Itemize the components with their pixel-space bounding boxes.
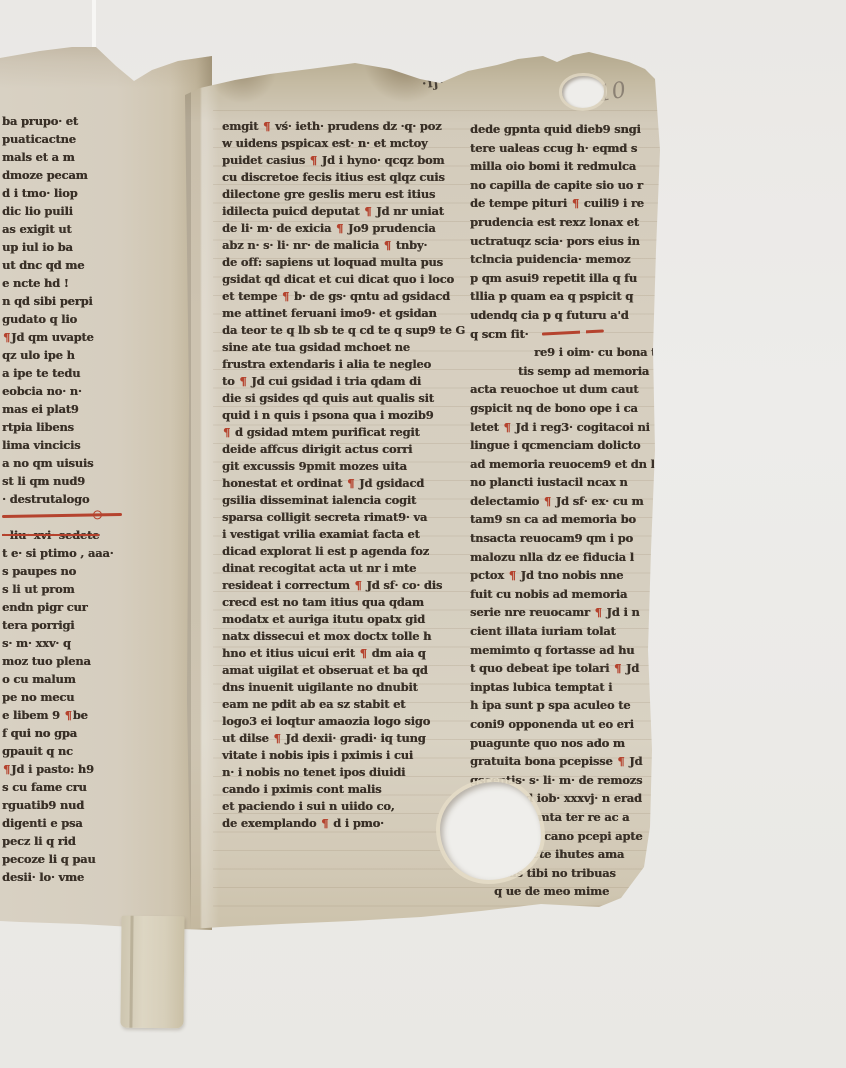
paraph-mark: ¶ (222, 425, 231, 439)
manuscript-line: tam9 sn ca ad memoria bo (470, 510, 670, 529)
manuscript-line: as exigit ut (2, 220, 180, 238)
manuscript-line: abz n· s· li· nr· de malicia ¶ tnby· (222, 237, 474, 254)
binding-strap (120, 916, 184, 1029)
strap-crease (129, 916, 133, 1028)
backdrop-seam (92, 0, 96, 52)
paraph-mark: ¶ (320, 816, 329, 830)
manuscript-line: tis semp ad memoria (470, 362, 670, 381)
manuscript-line: dns inuenit uigilante no dnubit (222, 679, 474, 696)
manuscript-line: i vestigat vrilia examiat facta et (222, 526, 474, 543)
manuscript-line: gratuita bona pcepisse ¶ Jd (470, 752, 670, 771)
manuscript-line: tnsacta reuocam9 qm i po (470, 529, 670, 548)
manuscript-line: frustra extendaris i alia te negleo (222, 356, 474, 373)
manuscript-line: t quo debeat ipe tolari ¶ Jd (470, 659, 670, 678)
manuscript-line: f qui no gpa (2, 724, 180, 742)
manuscript-line: h ipa sunt p spa aculeo te (470, 696, 670, 715)
manuscript-line: a ipe te tedu (2, 364, 180, 382)
manuscript-line: crecd est no tam itius qua qdam (222, 594, 474, 611)
manuscript-line: no plancti iustacil ncax n (470, 473, 670, 492)
paraph-mark: ¶ (272, 731, 281, 745)
manuscript-line: de off: sapiens ut loquad multa pus (222, 254, 474, 271)
manuscript-line: gspicit nq de bono ope i ca (470, 399, 670, 418)
paraph-mark: ¶ (613, 661, 622, 675)
paraph-mark: ¶ (383, 238, 392, 252)
paraph-mark: ¶ (335, 221, 344, 235)
manuscript-line: d i tmo· liop (2, 184, 180, 202)
manuscript-line: no capilla de capite sio uo r (470, 176, 670, 195)
paraph-mark: ¶ (571, 196, 580, 210)
manuscript-line: dmoze pecam (2, 166, 180, 184)
manuscript-line: tclncia puidencia· memoz (470, 250, 670, 269)
manuscript-line: n qd sibi perpi (2, 292, 180, 310)
parchment-hole-bottom (440, 782, 541, 880)
manuscript-line: hno et itius uicui erit ¶ dm aia q (222, 645, 474, 662)
manuscript-line: quid i n quis i psona qua i mozib9 (222, 407, 474, 424)
manuscript-line: dicad explorat li est p agenda foz (222, 543, 474, 560)
manuscript-line: amat uigilat et obseruat et ba qd (222, 662, 474, 679)
manuscript-line: eam ne pdit ab ea sz stabit et (222, 696, 474, 713)
paraph-mark: ¶ (543, 494, 552, 508)
quire-mark: ·ij· (421, 75, 445, 92)
manuscript-line: re9 i oim· cu bona tra (470, 343, 670, 362)
manuscript-line: mals et a m (2, 148, 180, 166)
manuscript-line: ¶Jd i pasto: h9 (2, 760, 180, 778)
manuscript-line: me attinet feruani imo9· et gsidan (222, 305, 474, 322)
left-page-fragment: ba prupo· etpuaticactnemals et a mdmoze … (0, 40, 212, 932)
manuscript-line: pecz li q rid (2, 832, 180, 850)
manuscript-line: fuit cu nobis ad memoria (470, 585, 670, 604)
paraph-mark: ¶ (309, 153, 318, 167)
manuscript-line: rtpia libens (2, 418, 180, 436)
manuscript-line: dinat recogitat acta ut nr i mte (222, 560, 474, 577)
manuscript-line: s li ut prom (2, 580, 180, 598)
manuscript-line: die si gsides qd quis aut qualis sit (222, 390, 474, 407)
manuscript-line: gudato q lio (2, 310, 180, 328)
manuscript-line: desii· lo· vme (2, 868, 180, 886)
manuscript-line: prudencia est rexz lonax et (470, 213, 670, 232)
text-column-left: ba prupo· etpuaticactnemals et a mdmoze … (2, 112, 180, 886)
manuscript-line: malozu nlla dz ee fiducia l (470, 548, 670, 567)
manuscript-line: acta reuochoe ut dum caut (470, 380, 670, 399)
manuscript-line: lima vincicis (2, 436, 180, 454)
paraph-mark: ¶ (64, 708, 73, 722)
manuscript-line: inptas lubica temptat i (470, 678, 670, 697)
main-leaf: ·ij· 10 emgit ¶ vś· ieth· prudens dz ·q·… (185, 52, 665, 932)
text-column-middle: emgit ¶ vś· ieth· prudens dz ·q· pozw ui… (222, 118, 474, 832)
paraph-mark: ¶ (353, 578, 362, 592)
rubric-squiggle (2, 513, 122, 518)
manuscript-line: idilecta puicd deputat ¶ Jd nr uniat (222, 203, 474, 220)
manuscript-line: st li qm nud9 (2, 472, 180, 490)
manuscript-photograph: ba prupo· etpuaticactnemals et a mdmoze … (0, 0, 846, 1068)
manuscript-line: udendq cia p q futuru a'd (470, 306, 670, 325)
manuscript-line: ad memoria reuocem9 et dn l (470, 455, 670, 474)
manuscript-line: gsilia disseminat ialencia cogit (222, 492, 474, 509)
manuscript-line: emgit ¶ vś· ieth· prudens dz ·q· poz (222, 118, 474, 135)
manuscript-line: git excussis 9pmit mozes uita (222, 458, 474, 475)
manuscript-line: lingue i qcmenciam dolicto (470, 436, 670, 455)
manuscript-line: gpauit q nc (2, 742, 180, 760)
manuscript-line: tere ualeas ccug h· eqmd s (470, 139, 670, 158)
manuscript-line: milla oio bomi it redmulca (470, 157, 670, 176)
manuscript-line: ut dilse ¶ Jd dexii· gradi· iq tung (222, 730, 474, 747)
paraph-mark: ¶ (262, 119, 271, 133)
manuscript-line (2, 508, 180, 526)
manuscript-line: n· i nobis no tenet ipos diuidi (222, 764, 474, 781)
manuscript-line: cient illata iuriam tolat (470, 622, 670, 641)
manuscript-line: pecoze li q pau (2, 850, 180, 868)
manuscript-line: cando i pximis cont malis (222, 781, 474, 798)
manuscript-line: ba prupo· et (2, 112, 180, 130)
manuscript-line: da teor te q lb sb te q cd te q sup9 te … (222, 322, 474, 339)
manuscript-line: pe no mecu (2, 688, 180, 706)
manuscript-line: · liu· xvi· sedete (2, 526, 180, 544)
manuscript-line: logo3 ei loqtur amaozia logo sigo (222, 713, 474, 730)
manuscript-line: s paupes no (2, 562, 180, 580)
manuscript-line: qz ulo ipe h (2, 346, 180, 364)
manuscript-line: memimto q fortasse ad hu (470, 641, 670, 660)
manuscript-line: coni9 opponenda ut eo eri (470, 715, 670, 734)
manuscript-line: · destrutalogo (2, 490, 180, 508)
manuscript-line: ut dnc qd me (2, 256, 180, 274)
manuscript-line: rguatib9 nud (2, 796, 180, 814)
manuscript-line: puagunte quo nos ado m (470, 734, 670, 753)
paraph-mark: ¶ (2, 330, 11, 344)
paraph-mark: ¶ (281, 289, 290, 303)
manuscript-line: delectamio ¶ Jd sf· ex· cu m (470, 492, 670, 511)
manuscript-line: pctox ¶ Jd tno nobis nne (470, 566, 670, 585)
manuscript-line: e ncte hd ! (2, 274, 180, 292)
manuscript-line: puidet casius ¶ Jd i hyno· qcqz bom (222, 152, 474, 169)
manuscript-line: et paciendo i sui n uiido co, (222, 798, 474, 815)
manuscript-line: moz tuo plena (2, 652, 180, 670)
manuscript-line: digenti e psa (2, 814, 180, 832)
manuscript-line: mas ei plat9 (2, 400, 180, 418)
manuscript-line: gsidat qd dicat et cui dicat quo i loco (222, 271, 474, 288)
manuscript-line: sparsa colligit secreta rimat9· va (222, 509, 474, 526)
rubric-dash (542, 329, 604, 335)
manuscript-line: tera porrigi (2, 616, 180, 634)
manuscript-line: dic lio puili (2, 202, 180, 220)
manuscript-line: honestat et ordinat ¶ Jd gsidacd (222, 475, 474, 492)
manuscript-line: dede gpnta quid dieb9 sngi (470, 120, 670, 139)
manuscript-line: modatx et auriga itutu opatx gid (222, 611, 474, 628)
paraph-mark: ¶ (359, 646, 368, 660)
manuscript-line: serie nre reuocamr ¶ Jd i n (470, 603, 670, 622)
paraph-mark: ¶ (2, 762, 11, 776)
manuscript-line: ¶Jd qm uvapte (2, 328, 180, 346)
paraph-mark: ¶ (508, 568, 517, 582)
paraph-mark: ¶ (616, 754, 625, 768)
paraph-mark: ¶ (502, 420, 511, 434)
manuscript-line: q scm fit· (470, 325, 670, 344)
manuscript-line: sine ate tua gsidad mchoet ne (222, 339, 474, 356)
manuscript-line: puaticactne (2, 130, 180, 148)
manuscript-line: eobcia no· n· (2, 382, 180, 400)
manuscript-line: e libem 9 ¶be (2, 706, 180, 724)
paraph-mark: ¶ (594, 605, 603, 619)
paraph-mark: ¶ (238, 374, 247, 388)
manuscript-line: p qm asui9 repetit illa q fu (470, 269, 670, 288)
manuscript-line: uctratuqz scia· pors eius in (470, 232, 670, 251)
parchment-hole-top (562, 76, 604, 108)
manuscript-line: letet ¶ Jd i reg3· cogitacoi ni (470, 418, 670, 437)
manuscript-line: ¶ d gsidad mtem purificat regit (222, 424, 474, 441)
paraph-mark: ¶ (363, 204, 372, 218)
manuscript-line: de tempe pituri ¶ cuili9 i re (470, 194, 670, 213)
manuscript-line: tllia p quam ea q pspicit q (470, 287, 670, 306)
manuscript-line: o cu malum (2, 670, 180, 688)
manuscript-line: a no qm uisuis (2, 454, 180, 472)
manuscript-line: de li· m· de exicia ¶ Jo9 prudencia (222, 220, 474, 237)
manuscript-line: cu discretoe fecis itius est qlqz cuis (222, 169, 474, 186)
paraph-mark: ¶ (346, 476, 355, 490)
manuscript-line: resideat i correctum ¶ Jd sf· co· dis (222, 577, 474, 594)
manuscript-line: vitate i nobis ipis i pximis i cui (222, 747, 474, 764)
manuscript-line: q ue de meo mime (470, 882, 670, 901)
manuscript-line: de exemplando ¶ d i pmo· (222, 815, 474, 832)
manuscript-line: et tempe ¶ b· de gs· qntu ad gsidacd (222, 288, 474, 305)
manuscript-line: up iul io ba (2, 238, 180, 256)
manuscript-line: to ¶ Jd cui gsidad i tria qdam di (222, 373, 474, 390)
manuscript-line: endn pigr cur (2, 598, 180, 616)
manuscript-line: t e· si ptimo , aaa· (2, 544, 180, 562)
manuscript-line: s· m· xxv· q (2, 634, 180, 652)
manuscript-line: s cu fame cru (2, 778, 180, 796)
manuscript-line: deide affcus dirigit actus corri (222, 441, 474, 458)
manuscript-line: w uidens pspicax est· n· et mctoy (222, 135, 474, 152)
manuscript-line: natx dissecui et mox doctx tolle h (222, 628, 474, 645)
manuscript-line: dilectone gre geslis meru est itius (222, 186, 474, 203)
